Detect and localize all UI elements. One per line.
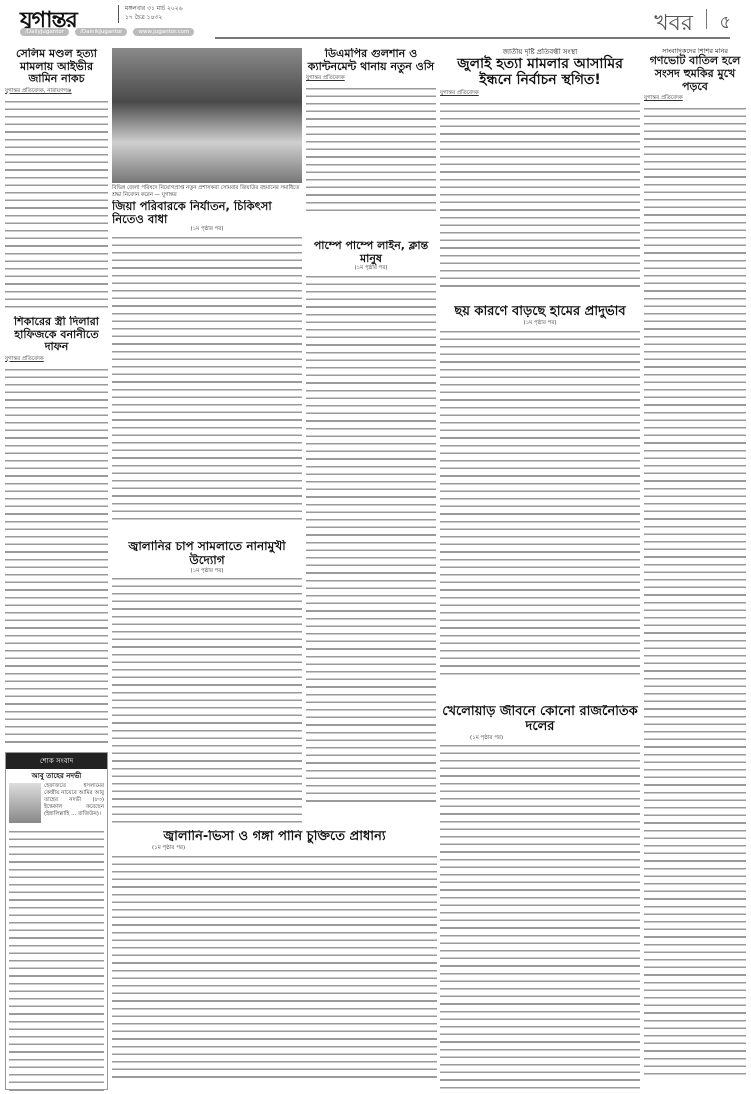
headline: সেলিম মণ্ডল হত্যা মামলায় আইভীর জামিন না… <box>5 48 108 86</box>
obituary-body <box>9 828 104 1093</box>
article-body <box>306 273 436 803</box>
byline: যুগান্তর প্রতিবেদক <box>440 90 640 98</box>
header-rule <box>215 37 730 39</box>
twitter-link[interactable]: /DailyJugantor <box>20 28 69 36</box>
article-energy: জ্বালানির চাপ সামলাতে নানামুখী উদ্যোগ (১… <box>112 540 302 825</box>
headline: পাম্পে পাম্পে লাইন, ক্লান্ত মানুষ <box>306 240 436 265</box>
article-body <box>644 105 746 1075</box>
article-gonovote: সাংবাদিকদের শিশির মনির গণভোট বাতিল হলে স… <box>644 48 746 1088</box>
article-dmp: ডিএমপির গুলশান ও ক্যান্টনমেন্ট থানায় নত… <box>306 48 436 233</box>
article-body <box>5 98 108 308</box>
article-body <box>112 234 302 524</box>
obituary-text: হেফাজতে ইসলামের কেন্দ্রীয় নায়েবে আমির … <box>44 783 104 823</box>
continued-label: (১ম পৃষ্ঠার পর) <box>112 845 437 853</box>
article-body <box>112 853 437 1078</box>
headline: ছয় কারণে বাড়ছে হামের প্রাদুর্ভাব <box>440 305 640 320</box>
divider <box>706 9 707 29</box>
byline: যুগান্তর প্রতিবেদক <box>306 75 436 83</box>
continued-label: (১ম পৃষ্ঠার পর) <box>440 735 640 743</box>
headline: জিয়া পরিবারকে নির্যাতন, চিকিৎসা নিতেও ব… <box>112 200 302 226</box>
article-ham: ছয় কারণে বাড়ছে হামের প্রাদুর্ভাব (১ম প… <box>440 305 640 685</box>
continued-label: (১ম পৃষ্ঠার পর) <box>112 226 302 234</box>
article-pump: পাম্পে পাম্পে লাইন, ক্লান্ত মানুষ (১ম পৃ… <box>306 240 436 820</box>
headline: জ্বালানি-ভিসা ও গঙ্গা পানি চুক্তিতে প্রা… <box>112 830 437 845</box>
article-body <box>5 366 108 746</box>
article-selim: সেলিম মণ্ডল হত্যা মামলায় আইভীর জামিন না… <box>5 48 108 308</box>
portrait-photo <box>9 783 41 823</box>
headline: খেলোয়াড় জীবনে কোনো রাজনৈতিক দলের <box>440 705 640 735</box>
news-photo <box>112 48 302 183</box>
masthead: যুগান্তর মঙ্গলবার ৩১ মার্চ ২০২৬ ১৭ চৈত্র… <box>0 0 751 40</box>
byline: যুগান্তর প্রতিবেদক, নারায়ণগঞ্জ <box>5 88 108 96</box>
obituary-box: শোক সংবাদ আবু তাহের নদভী হেফাজতে ইসলামের… <box>5 752 108 1090</box>
photo-caption: বিভিন্ন জেলা পরিষদে নিয়োগপ্রাপ্ত নতুন প… <box>112 185 302 199</box>
article-shikar: শিকারের স্ত্রী দিলারা হাফিজকে বনানীতে দা… <box>5 316 108 746</box>
article-zia: জিয়া পরিবারকে নির্যাতন, চিকিৎসা নিতেও ব… <box>112 200 302 530</box>
continued-label: (১ম পৃষ্ঠার পর) <box>440 320 640 328</box>
page-number: ৫ <box>719 8 731 39</box>
article-body <box>440 742 640 1090</box>
byline: যুগান্তর প্রতিবেদক <box>5 356 108 364</box>
issue-date: মঙ্গলবার ৩১ মার্চ ২০২৬ ১৭ চৈত্র ১৪৩২ <box>125 4 183 22</box>
article-body <box>306 85 436 215</box>
continued-label: (১ম পৃষ্ঠার পর) <box>306 265 436 273</box>
article-khelo: খেলোয়াড় জীবনে কোনো রাজনৈতিক দলের (১ম প… <box>440 705 640 1090</box>
date-bengali: ১৭ চৈত্র ১৪৩২ <box>125 13 183 22</box>
date-gregorian: মঙ্গলবার ৩১ মার্চ ২০২৬ <box>125 4 183 13</box>
divider <box>118 5 119 23</box>
section-title: খবর <box>654 6 693 43</box>
headline: জ্বালানির চাপ সামলাতে নানামুখী উদ্যোগ <box>112 540 302 568</box>
article-ganga: জ্বালানি-ভিসা ও গঙ্গা পানি চুক্তিতে প্রা… <box>112 830 437 1090</box>
headline: ডিএমপির গুলশান ও ক্যান্টনমেন্ট থানায় নত… <box>306 48 436 73</box>
article-body <box>440 328 640 678</box>
website-link[interactable]: www.jugantor.com <box>133 28 194 36</box>
kicker: জাতীয় দৃষ্টি প্রতিবন্ধী সংস্থা <box>440 48 640 56</box>
byline: যুগান্তর প্রতিবেদক <box>644 95 746 103</box>
article-body <box>440 100 640 290</box>
article-body <box>112 575 302 825</box>
article-july: জাতীয় দৃষ্টি প্রতিবন্ধী সংস্থা জুলাই হত… <box>440 48 640 298</box>
obituary-name: আবু তাহের নদভী <box>6 772 107 780</box>
obituary-header: শোক সংবাদ <box>6 753 107 769</box>
headline: গণভোট বাতিল হলে সংসদ হুমকির মুখে পড়বে <box>644 55 746 93</box>
headline: শিকারের স্ত্রী দিলারা হাফিজকে বনানীতে দা… <box>5 316 108 354</box>
social-links: /DailyJugantor /DainikJugantor www.jugan… <box>20 28 194 36</box>
facebook-link[interactable]: /DainikJugantor <box>75 28 127 36</box>
continued-label: (১ম পৃষ্ঠার পর) <box>112 568 302 576</box>
headline: জুলাই হত্যা মামলার আসামির ইন্ধনে নির্বাচ… <box>440 56 640 88</box>
